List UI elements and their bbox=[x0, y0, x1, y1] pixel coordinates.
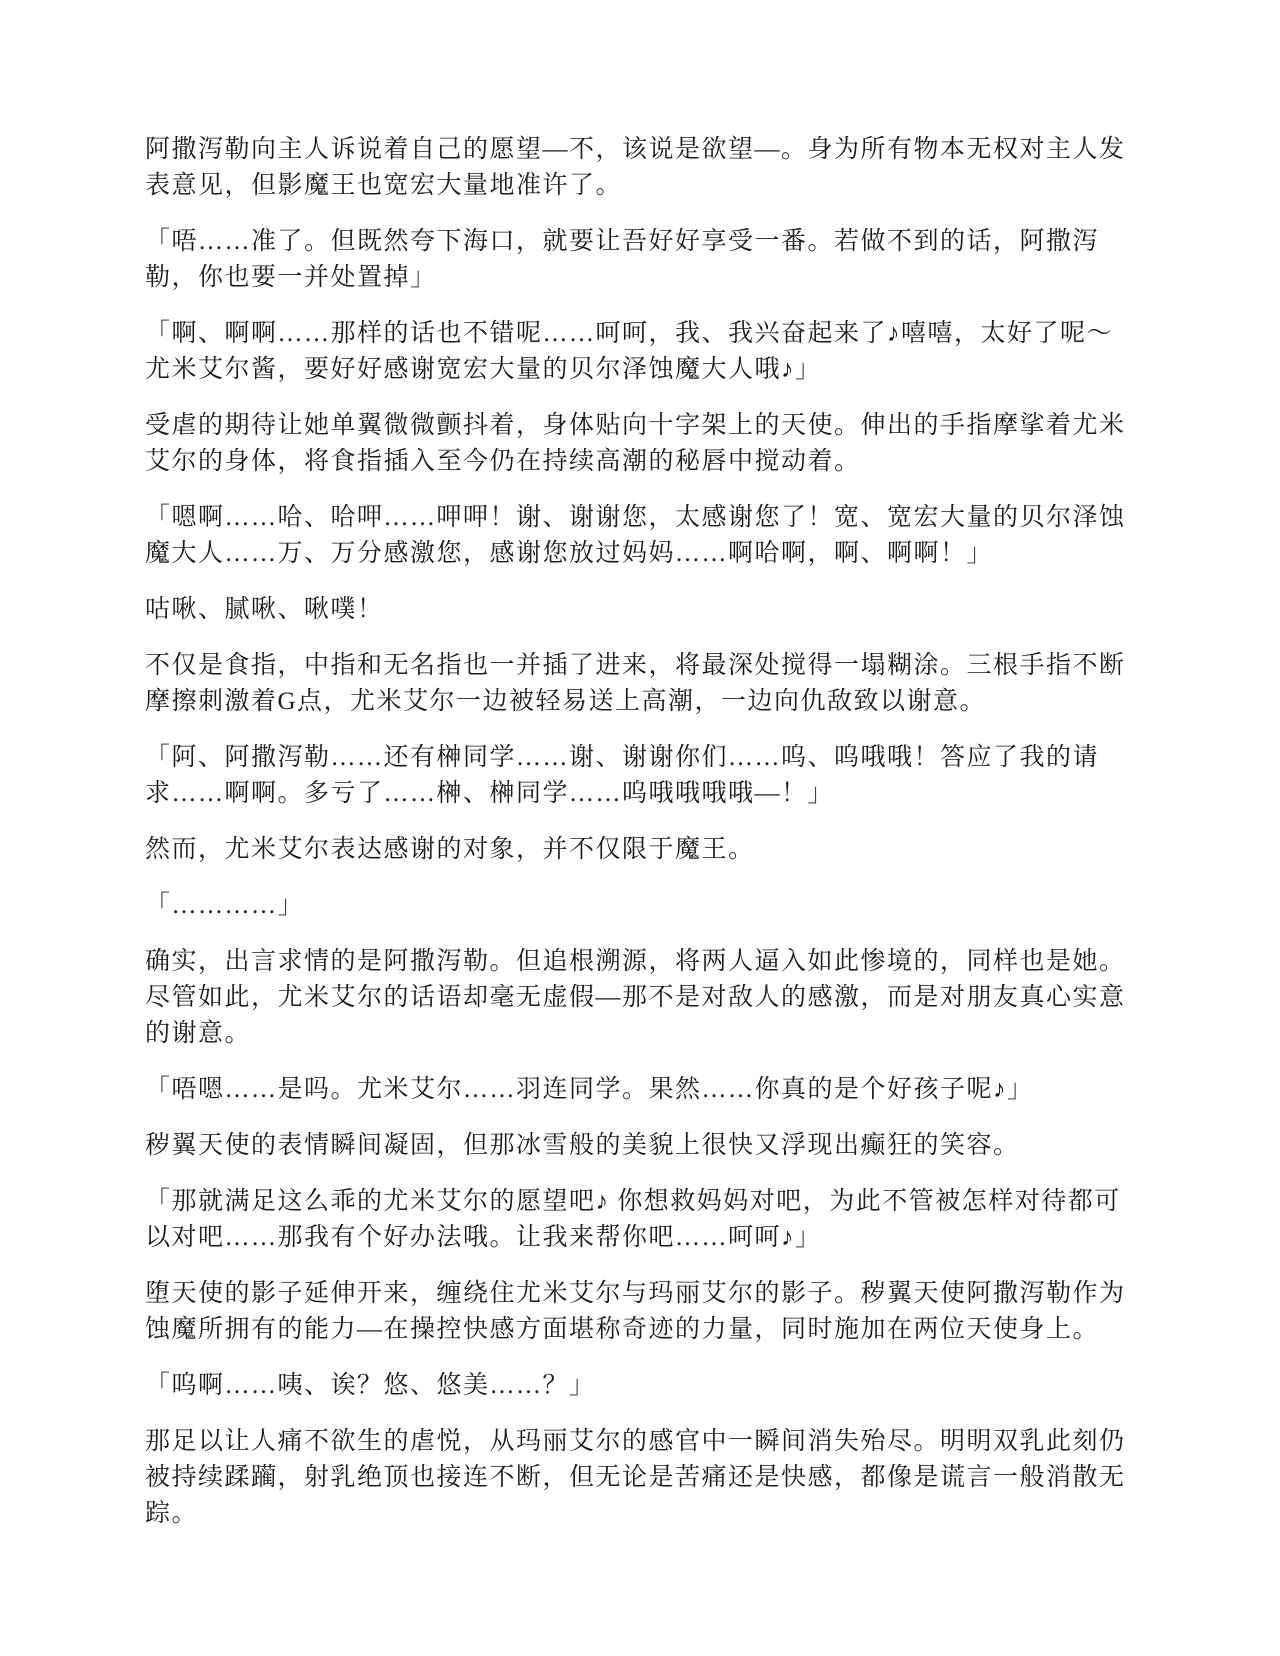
paragraph-narration: 那足以让人痛不欲生的虐悦，从玛丽艾尔的感官中一瞬间消失殆尽。明明双乳此刻仍被持续… bbox=[145, 1424, 1135, 1532]
paragraph-narration: 不仅是食指，中指和无名指也一并插了进来，将最深处搅得一塌糊涂。三根手指不断摩擦刺… bbox=[145, 648, 1135, 720]
paragraph-dialogue: 「唔……准了。但既然夸下海口，就要让吾好好享受一番。若做不到的话，阿撒泻勒，你也… bbox=[145, 224, 1135, 296]
paragraph-dialogue-silent: 「…………」 bbox=[145, 888, 1135, 924]
paragraph-narration: 秽翼天使的表情瞬间凝固，但那冰雪般的美貌上很快又浮现出癫狂的笑容。 bbox=[145, 1128, 1135, 1164]
paragraph-dialogue: 「那就满足这么乖的尤米艾尔的愿望吧♪ 你想救妈妈对吧，为此不管被怎样对待都可以对… bbox=[145, 1184, 1135, 1256]
paragraph-dialogue: 「嗯啊……哈、哈呷……呷呷！谢、谢谢您，太感谢您了！宽、宽宏大量的贝尔泽蚀魔大人… bbox=[145, 500, 1135, 572]
paragraph-sound-effect: 咕啾、腻啾、啾噗！ bbox=[145, 592, 1135, 628]
paragraph-dialogue: 「呜啊……咦、诶？悠、悠美……？」 bbox=[145, 1368, 1135, 1404]
paragraph-dialogue: 「啊、啊啊……那样的话也不错呢……呵呵，我、我兴奋起来了♪嘻嘻，太好了呢～尤米艾… bbox=[145, 316, 1135, 388]
paragraph-narration: 堕天使的影子延伸开来，缠绕住尤米艾尔与玛丽艾尔的影子。秽翼天使阿撒泻勒作为蚀魔所… bbox=[145, 1276, 1135, 1348]
paragraph-narration: 确实，出言求情的是阿撒泻勒。但追根溯源，将两人逼入如此惨境的，同样也是她。尽管如… bbox=[145, 944, 1135, 1052]
paragraph-narration: 然而，尤米艾尔表达感谢的对象，并不仅限于魔王。 bbox=[145, 832, 1135, 868]
paragraph-narration: 受虐的期待让她单翼微微颤抖着，身体贴向十字架上的天使。伸出的手指摩挲着尤米艾尔的… bbox=[145, 408, 1135, 480]
paragraph-dialogue: 「阿、阿撒泻勒……还有榊同学……谢、谢谢你们……呜、呜哦哦！答应了我的请求……啊… bbox=[145, 740, 1135, 812]
paragraph-narration: 阿撒泻勒向主人诉说着自己的愿望—不，该说是欲望—。身为所有物本无权对主人发表意见… bbox=[145, 132, 1135, 204]
novel-text-block: 阿撒泻勒向主人诉说着自己的愿望—不，该说是欲望—。身为所有物本无权对主人发表意见… bbox=[145, 132, 1135, 1552]
paragraph-dialogue: 「唔嗯……是吗。尤米艾尔……羽连同学。果然……你真的是个好孩子呢♪」 bbox=[145, 1072, 1135, 1108]
novel-page: 阿撒泻勒向主人诉说着自己的愿望—不，该说是欲望—。身为所有物本无权对主人发表意见… bbox=[0, 0, 1280, 1656]
